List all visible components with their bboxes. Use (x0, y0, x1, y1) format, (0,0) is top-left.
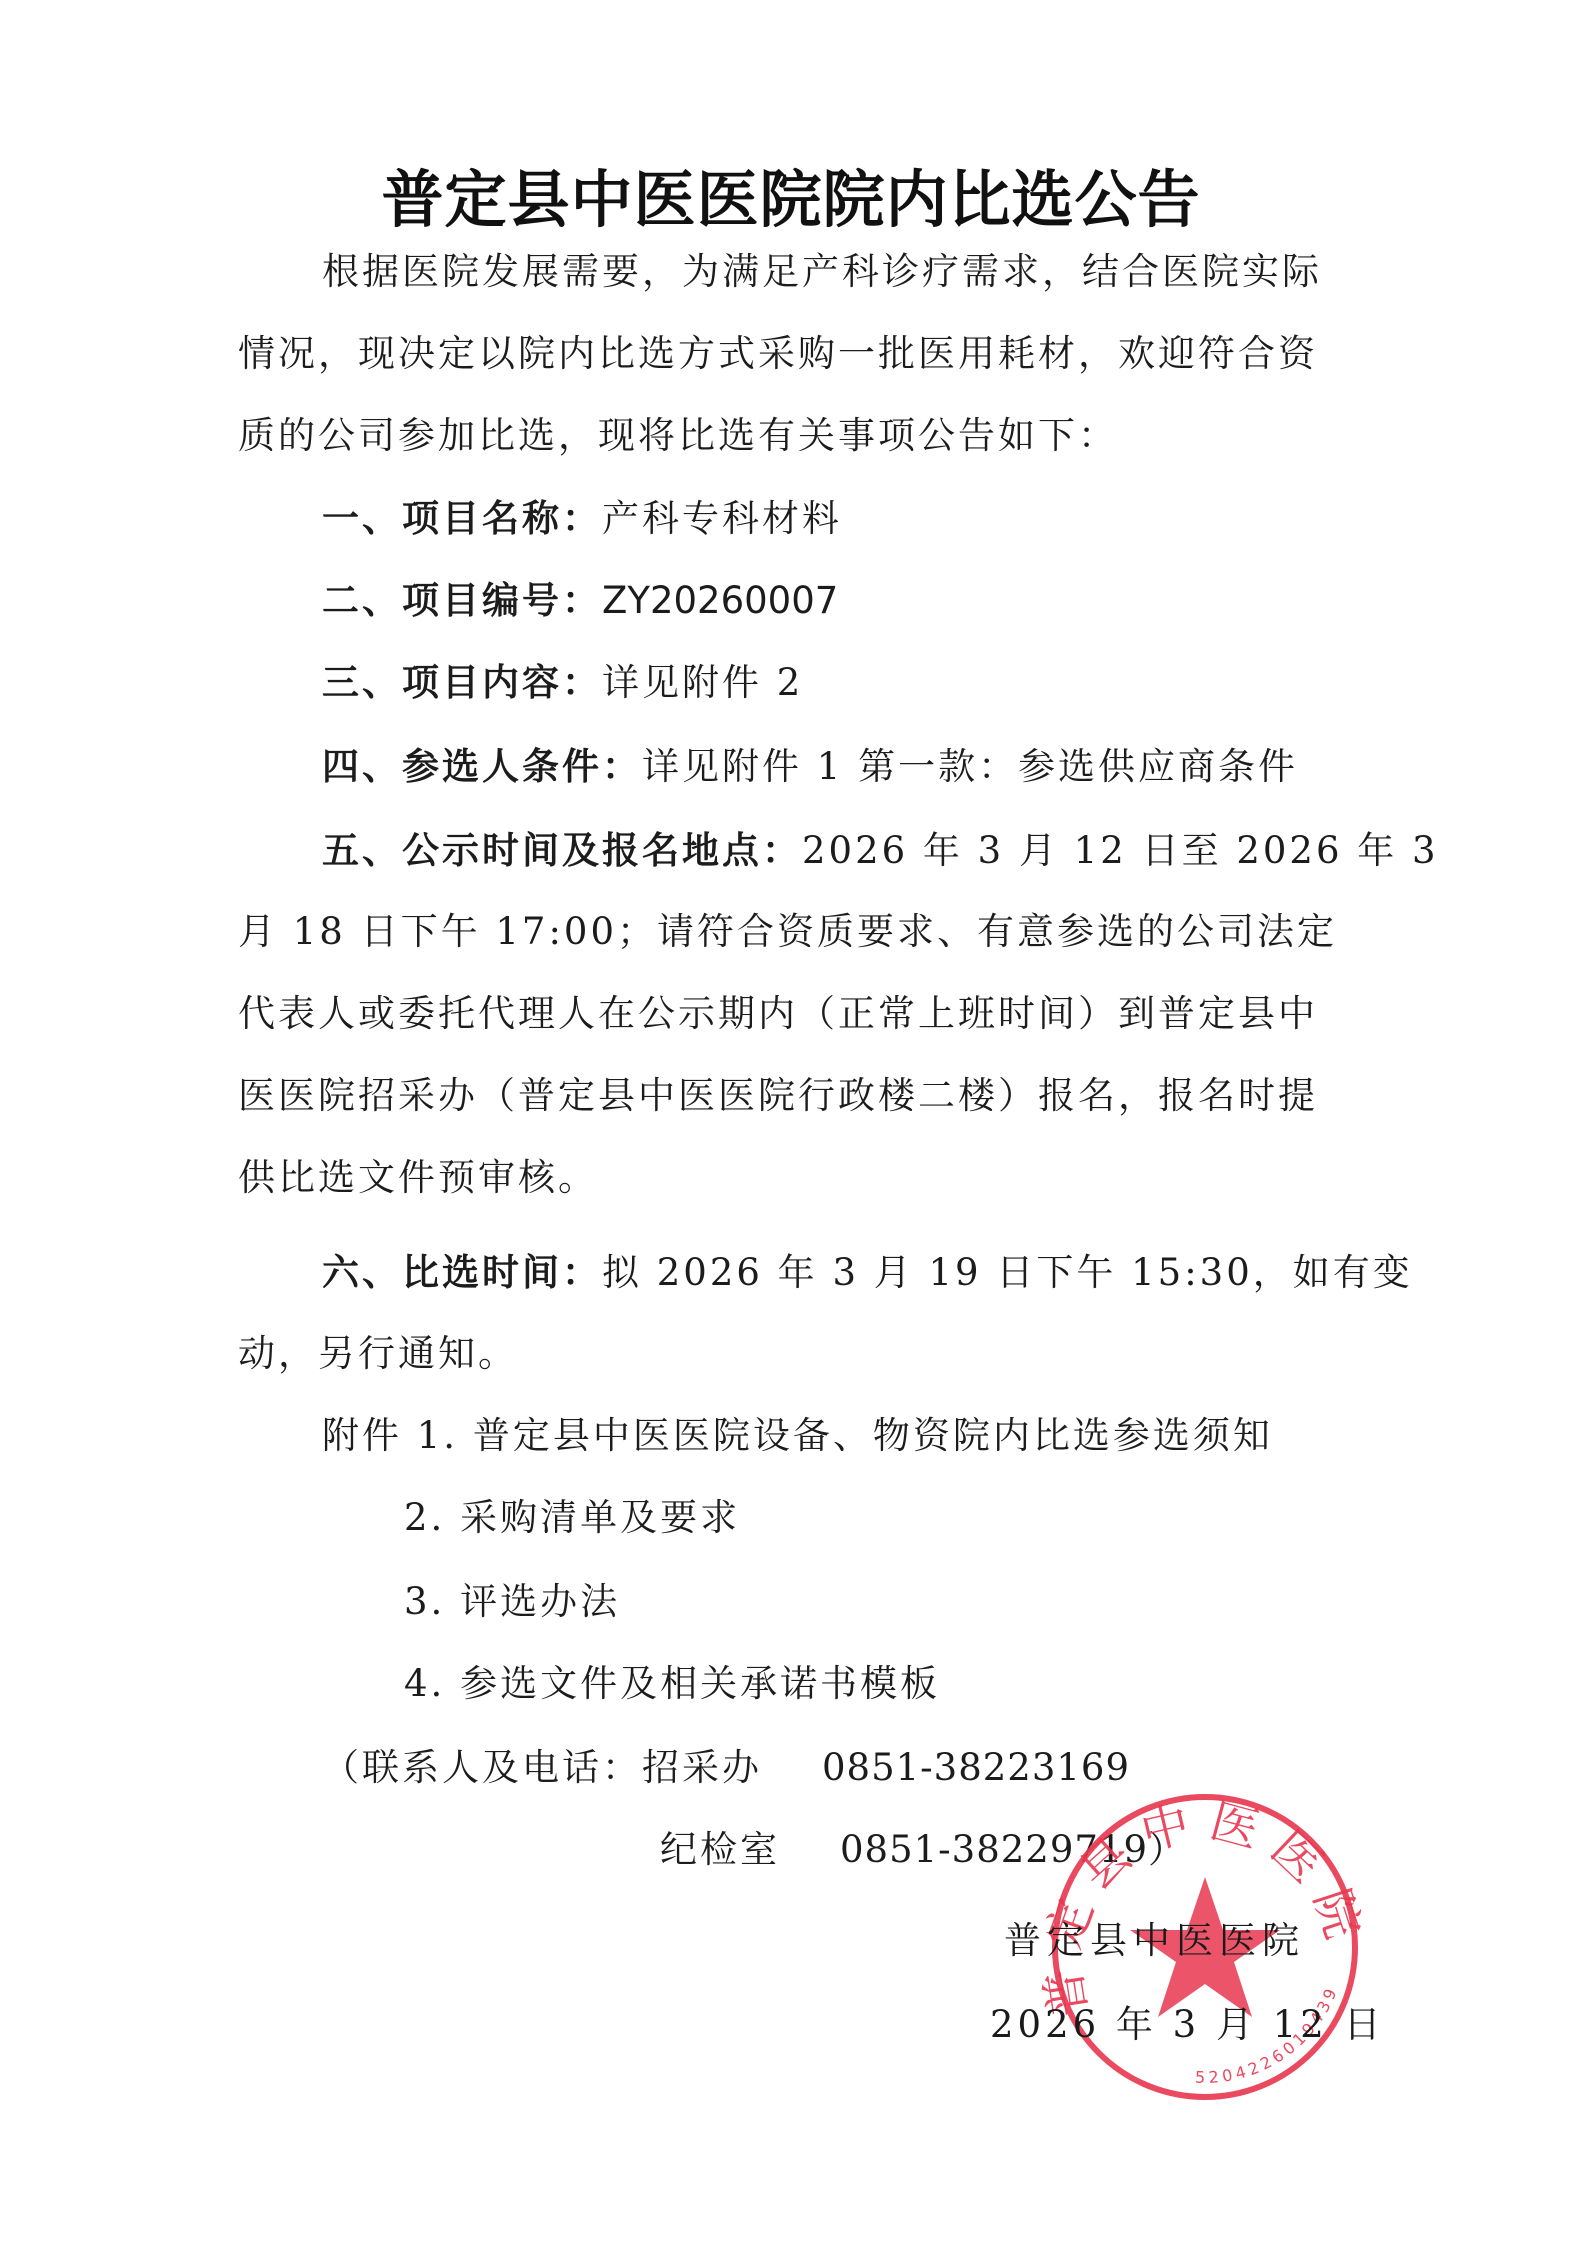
intro-line-3: 质的公司参加比选，现将比选有关事项公告如下： (238, 412, 1118, 460)
item-value: ZY20260007 (602, 579, 838, 622)
item-project-content: 三、项目内容：详见附件 2 (322, 658, 803, 707)
section5-label: 五、公示时间及报名地点： (322, 828, 802, 872)
item-project-name: 一、项目名称：产科专科材料 (322, 494, 842, 543)
section6-label: 六、比选时间： (322, 1250, 602, 1294)
item-project-number: 二、项目编号：ZY20260007 (322, 576, 838, 625)
attachment-2: 2. 采购清单及要求 (404, 1494, 740, 1542)
item-value: 详见附件 1 第一款：参选供应商条件 (642, 745, 1298, 788)
intro-line-1: 根据医院发展需要，为满足产科诊疗需求，结合医院实际 (322, 248, 1322, 296)
item-label: 三、项目内容： (322, 660, 602, 704)
contact-dept: 招采办 (642, 1746, 762, 1789)
item-value: 详见附件 2 (602, 661, 803, 704)
contact-row-1: （联系人及电话：招采办0851-38223169 (322, 1744, 1130, 1792)
attachment-1: 附件 1. 普定县中医医院设备、物资院内比选参选须知 (322, 1412, 1273, 1460)
item-participant-conditions: 四、参选人条件：详见附件 1 第一款：参选供应商条件 (322, 742, 1298, 791)
section5-line-4: 医医院招采办（普定县中医医院行政楼二楼）报名，报名时提 (238, 1072, 1318, 1120)
document-page: 普定县中医医院院内比选公告 根据医院发展需要，为满足产科诊疗需求，结合医院实际 … (0, 0, 1582, 2246)
section5-line-1: 五、公示时间及报名地点：2026 年 3 月 12 日至 2026 年 3 (322, 826, 1439, 875)
item-value: 产科专科材料 (602, 497, 842, 540)
contact-dept: 纪检室 (660, 1828, 780, 1871)
item-label: 四、参选人条件： (322, 744, 642, 788)
attachment-3: 3. 评选办法 (404, 1578, 620, 1626)
section5-line-3: 代表人或委托代理人在公示期内（正常上班时间）到普定县中 (238, 990, 1318, 1038)
page-title: 普定县中医医院院内比选公告 (0, 150, 1582, 239)
section5-line-5: 供比选文件预审核。 (238, 1154, 598, 1202)
item-label: 一、项目名称： (322, 496, 602, 540)
intro-line-2: 情况，现决定以院内比选方式采购一批医用耗材，欢迎符合资 (238, 330, 1318, 378)
section5-value: 2026 年 3 月 12 日至 2026 年 3 (802, 829, 1439, 872)
contact-prefix: （联系人及电话： (322, 1746, 642, 1789)
item-label: 二、项目编号： (322, 578, 602, 622)
section6-line-1: 六、比选时间：拟 2026 年 3 月 19 日下午 15:30，如有变 (322, 1248, 1413, 1297)
section6-line-2: 动，另行通知。 (238, 1330, 518, 1378)
section6-value: 拟 2026 年 3 月 19 日下午 15:30，如有变 (602, 1251, 1413, 1294)
signature-org: 普定县中医医院 (1004, 1910, 1305, 1964)
section5-line-2: 月 18 日下午 17:00；请符合资质要求、有意参选的公司法定 (238, 908, 1337, 956)
signature-date: 2026 年 3 月 12 日 (990, 1994, 1385, 2048)
attachment-4: 4. 参选文件及相关承诺书模板 (404, 1660, 940, 1708)
